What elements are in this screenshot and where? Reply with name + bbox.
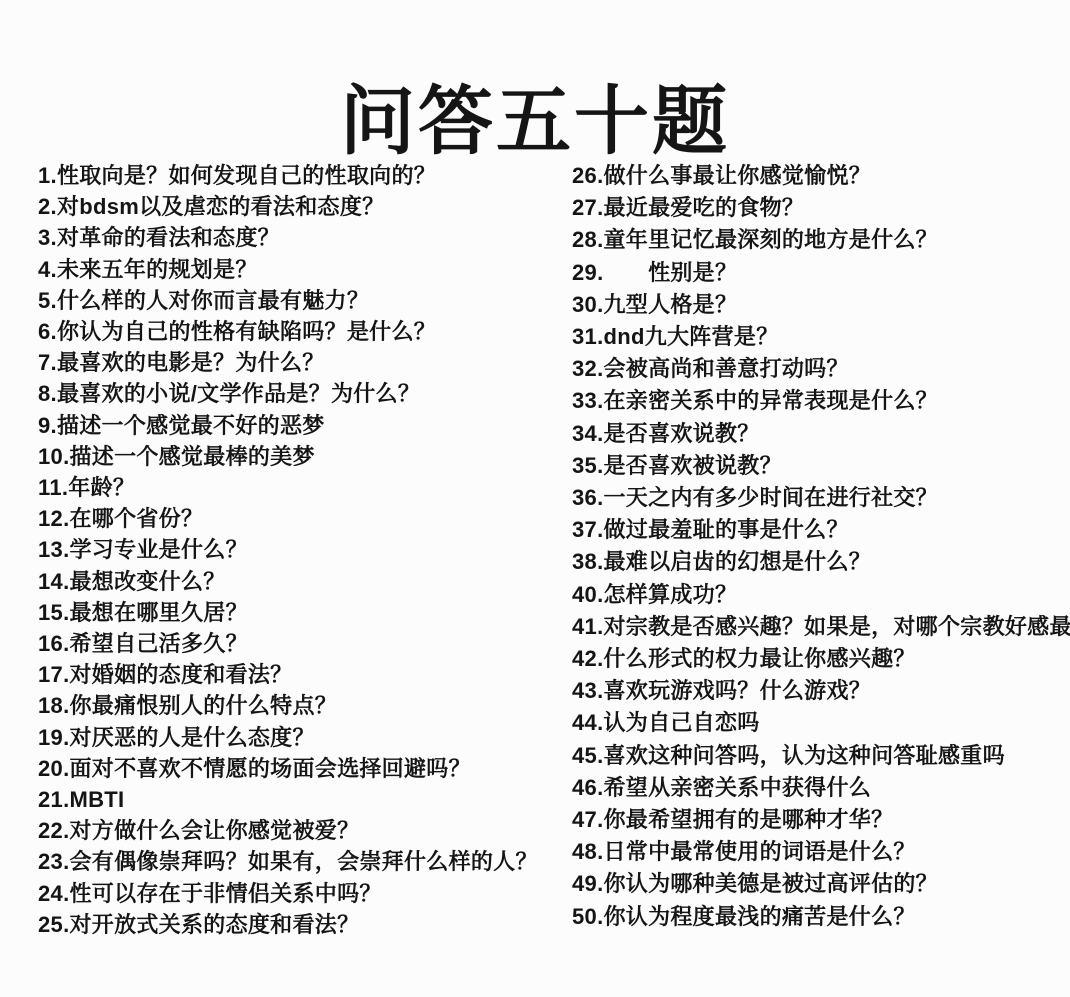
- question-item: 30.九型人格是？: [572, 289, 1070, 321]
- question-item: 13.学习专业是什么？: [38, 534, 568, 565]
- question-item: 29. 性别是？: [572, 257, 1070, 289]
- question-item: 15.最想在哪里久居？: [38, 597, 568, 628]
- question-item: 33.在亲密关系中的异常表现是什么？: [572, 385, 1070, 417]
- question-item: 31.dnd九大阵营是？: [572, 321, 1070, 353]
- question-item: 20.面对不喜欢不情愿的场面会选择回避吗？: [38, 753, 568, 784]
- question-item: 10.描述一个感觉最棒的美梦: [38, 441, 568, 472]
- question-item: 45.喜欢这种问答吗，认为这种问答耻感重吗: [572, 740, 1070, 772]
- question-list-right: 26.做什么事最让你感觉愉悦？27.最近最爱吃的食物？28.童年里记忆最深刻的地…: [572, 160, 1070, 933]
- question-item: 24.性可以存在于非情侣关系中吗？: [38, 878, 568, 909]
- question-item: 3.对革命的看法和态度？: [38, 222, 568, 253]
- question-item: 50.你认为程度最浅的痛苦是什么？: [572, 901, 1070, 933]
- question-item: 36.一天之内有多少时间在进行社交？: [572, 482, 1070, 514]
- question-item: 43.喜欢玩游戏吗？什么游戏？: [572, 675, 1070, 707]
- question-item: 17.对婚姻的态度和看法？: [38, 659, 568, 690]
- question-item: 37.做过最羞耻的事是什么？: [572, 514, 1070, 546]
- question-item: 8.最喜欢的小说/文学作品是？为什么？: [38, 378, 568, 409]
- question-item: 1.性取向是？如何发现自己的性取向的？: [38, 160, 568, 191]
- question-item: 7.最喜欢的电影是？为什么？: [38, 347, 568, 378]
- question-item: 9.描述一个感觉最不好的恶梦: [38, 410, 568, 441]
- question-item: 22.对方做什么会让你感觉被爱？: [38, 815, 568, 846]
- question-item: 35.是否喜欢被说教？: [572, 450, 1070, 482]
- question-item: 38.最难以启齿的幻想是什么？: [572, 546, 1070, 578]
- question-item: 2.对bdsm以及虐恋的看法和态度？: [38, 191, 568, 222]
- question-item: 28.童年里记忆最深刻的地方是什么？: [572, 224, 1070, 256]
- question-item: 27.最近最爱吃的食物？: [572, 192, 1070, 224]
- question-item: 47.你最希望拥有的是哪种才华？: [572, 804, 1070, 836]
- question-item: 16.希望自己活多久？: [38, 628, 568, 659]
- page-root: 问答五十题 1.性取向是？如何发现自己的性取向的？2.对bdsm以及虐恋的看法和…: [0, 0, 1070, 997]
- question-item: 48.日常中最常使用的词语是什么？: [572, 836, 1070, 868]
- question-item: 34.是否喜欢说教？: [572, 418, 1070, 450]
- question-item: 14.最想改变什么？: [38, 566, 568, 597]
- question-item: 18.你最痛恨别人的什么特点？: [38, 690, 568, 721]
- question-item: 11.年龄？: [38, 472, 568, 503]
- question-item: 6.你认为自己的性格有缺陷吗？是什么？: [38, 316, 568, 347]
- page-title: 问答五十题: [0, 76, 1070, 166]
- question-item: 41.对宗教是否感兴趣？如果是，对哪个宗教好感最高: [572, 611, 1070, 643]
- question-item: 32.会被高尚和善意打动吗？: [572, 353, 1070, 385]
- question-item: 25.对开放式关系的态度和看法？: [38, 909, 568, 940]
- question-item: 5.什么样的人对你而言最有魅力？: [38, 285, 568, 316]
- question-item: 26.做什么事最让你感觉愉悦？: [572, 160, 1070, 192]
- question-item: 21.MBTI: [38, 784, 568, 815]
- question-item: 23.会有偶像崇拜吗？如果有，会崇拜什么样的人？: [38, 846, 568, 877]
- question-item: 4.未来五年的规划是？: [38, 254, 568, 285]
- question-list-left: 1.性取向是？如何发现自己的性取向的？2.对bdsm以及虐恋的看法和态度？3.对…: [38, 160, 568, 940]
- question-item: 12.在哪个省份？: [38, 503, 568, 534]
- question-item: 42.什么形式的权力最让你感兴趣？: [572, 643, 1070, 675]
- question-item: 49.你认为哪种美德是被过高评估的？: [572, 868, 1070, 900]
- question-item: 46.希望从亲密关系中获得什么: [572, 772, 1070, 804]
- question-item: 44.认为自己自恋吗: [572, 707, 1070, 739]
- question-item: 19.对厌恶的人是什么态度？: [38, 722, 568, 753]
- question-item: 40.怎样算成功？: [572, 579, 1070, 611]
